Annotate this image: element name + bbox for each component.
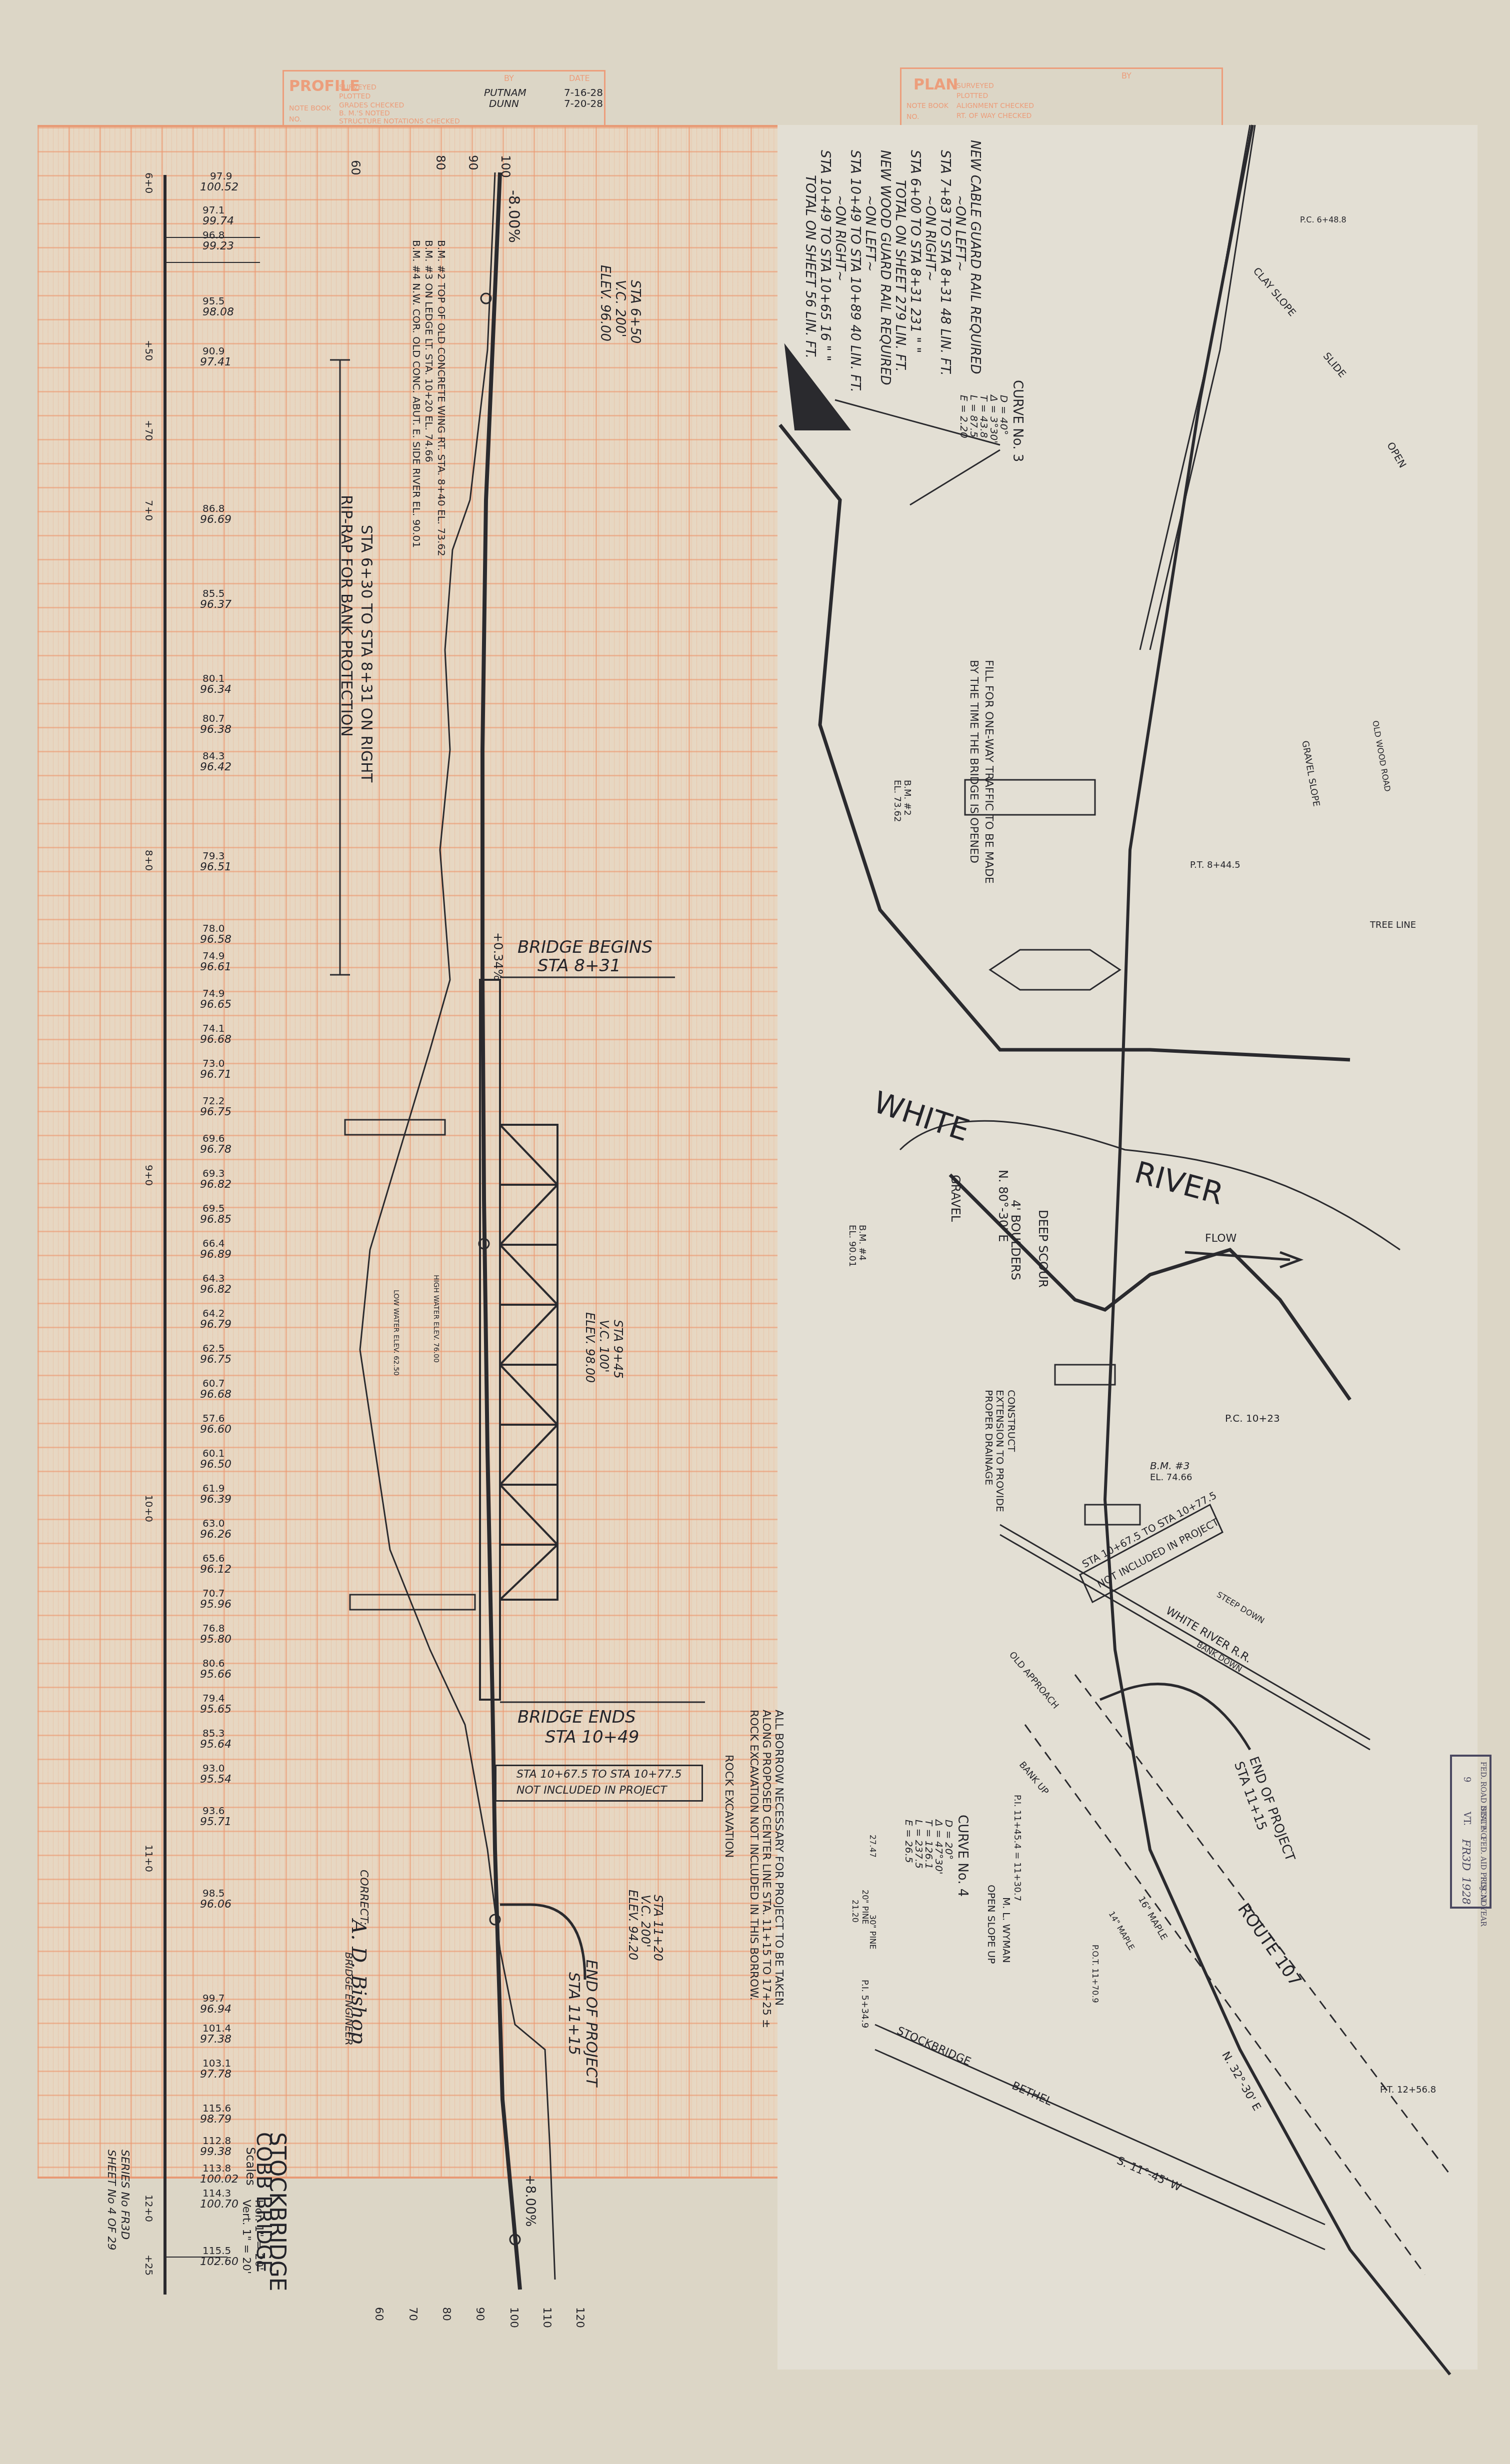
construct-note-3: PROPER DRAINAGE <box>983 1390 995 1485</box>
stamp-value: VT. <box>1461 1812 1472 1826</box>
plan-linework <box>0 0 1510 2464</box>
fill-note-1: FILL FOR ONE-WAY TRAFFIC TO BE MADE <box>982 660 995 884</box>
plan-bm4: B.M. #4 <box>857 1225 867 1261</box>
pi-label-2: P.I. 5+34.9 <box>859 1980 870 2028</box>
tie-label: 21.20 <box>850 1900 860 1923</box>
wood-rail-total: TOTAL ON SHEET 56 LIN. FT. <box>802 175 817 358</box>
feature-tree-line: TREE LINE <box>1370 920 1416 930</box>
cable-rail-left-line: STA 7+83 TO STA 8+31 48 LIN. FT. <box>937 150 952 376</box>
plan-bm3-elev: EL. 74.66 <box>1150 1472 1192 1483</box>
feature-deep-scour: DEEP SCOUR <box>1036 1210 1050 1288</box>
borrow-note-3: ROCK EXCAVATION NOT INCLUDED IN THIS BOR… <box>747 1710 760 2001</box>
stamp-header: STATE <box>1479 1807 1487 1830</box>
stamp-header: FISCAL YEAR <box>1479 1877 1487 1927</box>
wood-rail-left-label: ~ON LEFT~ <box>862 195 877 272</box>
bearing-n80: N. 80°-30' E <box>996 1170 1010 1242</box>
tree-label: 30" PINE <box>868 1915 877 1949</box>
flow-label: FLOW <box>1205 1232 1236 1245</box>
plan-bm3: B.M. #3 <box>1150 1460 1190 1472</box>
construct-note-2: EXTENSION TO PROVIDE <box>994 1390 1006 1512</box>
cable-rail-right-line: STA 6+00 TO STA 8+31 231 " " <box>907 150 922 353</box>
plan-bm2: B.M. #2 <box>902 780 912 816</box>
pi-label: P.I. 11+45.4 = 11+30.7 <box>1012 1795 1022 1901</box>
borrow-note-2: ALONG PROPOSED CENTER LINE STA. 11+15 TO… <box>760 1710 772 2028</box>
pot-label: P.O.T. 11+70.9 <box>1090 1945 1100 2003</box>
wood-rail-right-label: ~ON RIGHT~ <box>832 195 847 281</box>
feature-gravel: GRAVEL <box>948 1175 962 1222</box>
curve4-title: CURVE No. 4 <box>955 1815 970 1897</box>
open-slope-up: OPEN SLOPE UP <box>985 1885 997 1964</box>
wood-rail-right-line: STA 10+49 TO STA 10+65 16 " " <box>817 150 832 361</box>
pt-label: P.T. 12+56.8 <box>1380 2085 1436 2095</box>
cable-rail-right-label: ~ON RIGHT~ <box>922 195 937 281</box>
curve3-title: CURVE No. 3 <box>1010 380 1025 462</box>
pc-label: P.C. 10+23 <box>1225 1412 1280 1424</box>
drawing-sheet: PROFILE BY DATE SURVEYED PLOTTED GRADES … <box>0 0 1510 2464</box>
construct-note-1: CONSTRUCT <box>1005 1390 1017 1452</box>
wood-rail-title: NEW WOOD GUARD RAIL REQUIRED <box>877 150 892 385</box>
stamp-value: 1928 <box>1459 1877 1472 1905</box>
stamp-value: FR3D <box>1459 1839 1472 1871</box>
cable-rail-left-label: ~ON LEFT~ <box>952 195 967 272</box>
tie-label: 27.47 <box>868 1835 877 1858</box>
curve3-e: E = 2.20 <box>958 395 970 438</box>
fill-note-2: BY THE TIME THE BRIDGE IS OPENED <box>967 660 980 863</box>
wood-rail-left-line: STA 10+49 TO STA 10+89 40 LIN. FT. <box>847 150 862 392</box>
curve4-e: E = 26.5 <box>903 1820 915 1863</box>
borrow-note-1: ALL BORROW NECESSARY FOR PROJECT TO BE T… <box>772 1710 785 2006</box>
plan-bm2-elev: EL. 73.62 <box>892 780 902 822</box>
cable-rail-title: NEW CABLE GUARD RAIL REQUIRED <box>967 140 982 374</box>
cable-rail-total: TOTAL ON SHEET 279 LIN. FT. <box>892 180 907 372</box>
project-stamp: FED. ROAD DIST. NO. STATE FED. AID PROJ.… <box>1450 1755 1491 1909</box>
pc-label: P.C. 6+48.8 <box>1300 215 1346 224</box>
plan-bm4-elev: EL. 90.01 <box>847 1225 857 1267</box>
feature-boulders: 4' BOULDERS <box>1008 1200 1022 1280</box>
pt-label: P.T. 8+44.5 <box>1190 860 1240 870</box>
owner-label: M. L. WYMAN <box>1000 1897 1012 1963</box>
stamp-value: 9 <box>1461 1777 1472 1782</box>
